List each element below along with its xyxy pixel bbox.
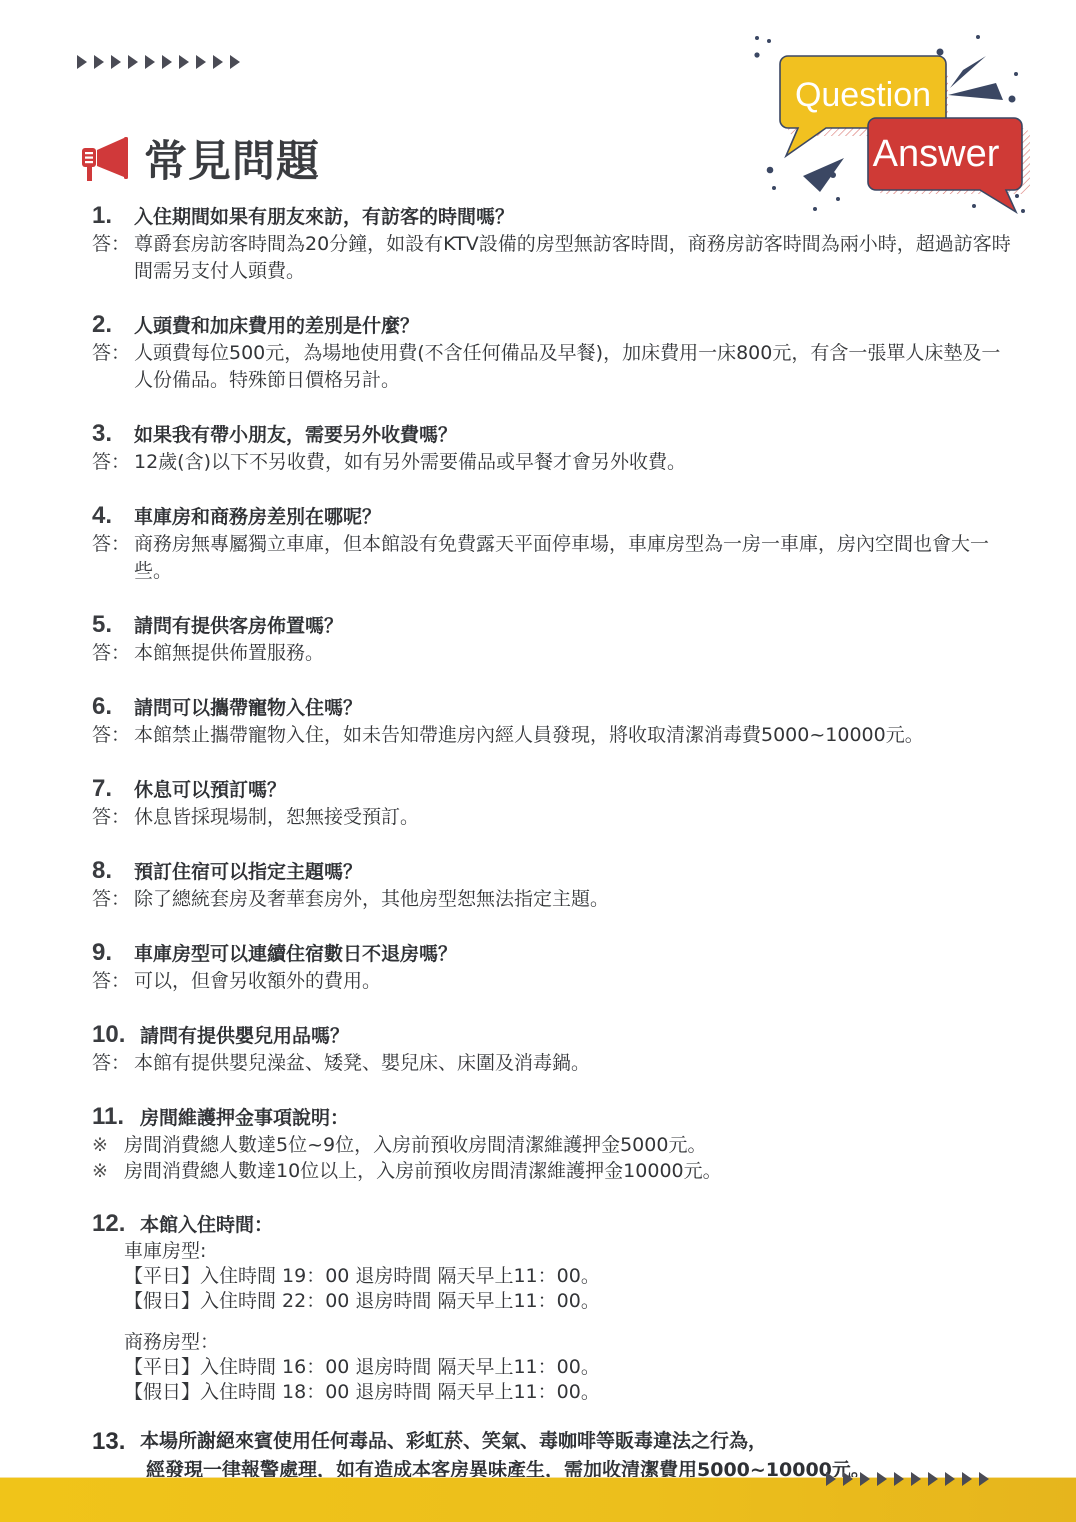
drug-policy-line-1: 本場所謝絕來賓使用任何毒品、彩虹菸、笑氣、毒咖啡等販毒違法之行為， xyxy=(140,1427,870,1456)
question-number: 9. xyxy=(92,939,134,967)
answer-label: 答： xyxy=(92,340,134,394)
checkin-schedule: 車庫房型: 【平日】入住時間 19：00 退房時間 隔天早上11：00。 【假日… xyxy=(92,1239,1012,1405)
deposit-note: 房間消費總人數達10位以上，入房前預收房間清潔維護押金10000元。 xyxy=(124,1158,722,1184)
faq-list: 1.入住期間如果有朋友來訪，有訪客的時間嗎？ 答：尊爵套房訪客時間為20分鐘，如… xyxy=(92,202,1012,1485)
arrow-icon xyxy=(979,1472,989,1486)
megaphone-icon xyxy=(80,135,130,183)
answer-text: 商務房無專屬獨立車庫，但本館設有免費露天平面停車場，車庫房型為一房一車庫，房內空… xyxy=(134,531,1012,585)
arrow-icon xyxy=(911,1472,921,1486)
faq-item-6: 6.請問可以攜帶寵物入住嗎？ 答：本館禁止攜帶寵物入住，如未告知帶進房內經人員發… xyxy=(92,693,1012,749)
question-number: 5. xyxy=(92,611,134,639)
question-number: 4. xyxy=(92,502,134,530)
faq-item-5: 5.請問有提供客房佈置嗎？ 答：本館無提供佈置服務。 xyxy=(92,611,1012,667)
answer-label: 答： xyxy=(92,886,134,913)
arrow-icon xyxy=(213,55,223,69)
answer-text: 本館禁止攜帶寵物入住，如未告知帶進房內經人員發現，將收取清潔消毒費5000~10… xyxy=(134,722,1012,749)
faq-item-3: 3.如果我有帶小朋友，需要另外收費嗎？ 答：12歲(含)以下不另收費，如有另外需… xyxy=(92,420,1012,476)
note-mark: ※ xyxy=(92,1132,124,1158)
note-mark: ※ xyxy=(92,1158,124,1184)
answer-text: 12歲(含)以下不另收費，如有另外需要備品或早餐才會另外收費。 xyxy=(134,449,1012,476)
question-text: 如果我有帶小朋友，需要另外收費嗎？ xyxy=(134,421,457,449)
page-title: 常見問題 xyxy=(144,128,320,189)
answer-label: 答： xyxy=(92,531,134,585)
question-number: 12. xyxy=(92,1210,140,1238)
decorative-arrows-top xyxy=(77,55,240,69)
answer-text: 人頭費每位500元，為場地使用費(不含任何備品及早餐)，加床費用一床800元，有… xyxy=(134,340,1012,394)
answer-label: 答： xyxy=(92,1050,134,1077)
arrow-icon xyxy=(145,55,155,69)
arrow-icon xyxy=(928,1472,938,1486)
faq-item-1: 1.入住期間如果有朋友來訪，有訪客的時間嗎？ 答：尊爵套房訪客時間為20分鐘，如… xyxy=(92,202,1012,285)
question-number: 1. xyxy=(92,202,134,230)
faq-item-10: 10.請問有提供嬰兒用品嗎？ 答：本館有提供嬰兒澡盆、矮凳、嬰兒床、床圍及消毒鍋… xyxy=(92,1021,1012,1077)
arrow-icon xyxy=(962,1472,972,1486)
question-text: 入住期間如果有朋友來訪，有訪客的時間嗎？ xyxy=(134,203,514,231)
arrow-icon xyxy=(843,1472,853,1486)
answer-text: 可以，但會另收額外的費用。 xyxy=(134,968,1012,995)
garage-weekday-time: 【平日】入住時間 19：00 退房時間 隔天早上11：00。 xyxy=(124,1264,1012,1289)
answer-text: 本館有提供嬰兒澡盆、矮凳、嬰兒床、床圍及消毒鍋。 xyxy=(134,1050,1012,1077)
question-number: 11. xyxy=(92,1103,140,1131)
question-label: Question xyxy=(795,76,931,114)
question-number: 3. xyxy=(92,420,134,448)
business-holiday-time: 【假日】入住時間 18：00 退房時間 隔天早上11：00。 xyxy=(124,1380,1012,1405)
question-number: 7. xyxy=(92,775,134,803)
decorative-arrows-bottom xyxy=(826,1472,989,1486)
faq-item-7: 7.休息可以預訂嗎？ 答：休息皆採現場制，恕無接受預訂。 xyxy=(92,775,1012,831)
faq-item-12-checkin: 12.本館入住時間： 車庫房型: 【平日】入住時間 19：00 退房時間 隔天早… xyxy=(92,1210,1012,1405)
business-weekday-time: 【平日】入住時間 16：00 退房時間 隔天早上11：00。 xyxy=(124,1355,1012,1380)
faq-item-11-deposit: 11.房間維護押金事項說明： ※房間消費總人數達5位~9位，入房前預收房間清潔維… xyxy=(92,1103,1012,1184)
garage-room-label: 車庫房型: xyxy=(124,1239,1012,1264)
arrow-icon xyxy=(162,55,172,69)
question-text: 人頭費和加床費用的差別是什麼？ xyxy=(134,312,419,340)
answer-text: 休息皆採現場制，恕無接受預訂。 xyxy=(134,804,1012,831)
question-text: 休息可以預訂嗎？ xyxy=(134,776,286,804)
arrow-icon xyxy=(196,55,206,69)
question-text: 請問有提供嬰兒用品嗎？ xyxy=(140,1022,349,1050)
arrow-icon xyxy=(94,55,104,69)
garage-holiday-time: 【假日】入住時間 22：00 退房時間 隔天早上11：00。 xyxy=(124,1289,1012,1314)
question-number: 10. xyxy=(92,1021,140,1049)
answer-label: 答： xyxy=(92,722,134,749)
question-text: 車庫房型可以連續住宿數日不退房嗎？ xyxy=(134,940,457,968)
question-text: 請問有提供客房佈置嗎？ xyxy=(134,612,343,640)
business-room-label: 商務房型： xyxy=(124,1330,1012,1355)
arrow-icon xyxy=(877,1472,887,1486)
question-number: 2. xyxy=(92,311,134,339)
answer-text: 尊爵套房訪客時間為20分鐘，如設有KTV設備的房型無訪客時間，商務房訪客時間為兩… xyxy=(134,231,1012,285)
question-number: 6. xyxy=(92,693,134,721)
page-header: 常見問題 xyxy=(80,128,320,189)
answer-label: 答： xyxy=(92,968,134,995)
question-answer-badge: Question Answer xyxy=(748,28,1038,218)
arrow-icon xyxy=(77,55,87,69)
arrow-icon xyxy=(128,55,138,69)
arrow-icon xyxy=(230,55,240,69)
question-text: 預訂住宿可以指定主題嗎？ xyxy=(134,858,362,886)
question-text: 房間維護押金事項說明： xyxy=(140,1104,349,1132)
question-number: 8. xyxy=(92,857,134,885)
arrow-icon xyxy=(860,1472,870,1486)
arrow-icon xyxy=(945,1472,955,1486)
faq-item-4: 4.車庫房和商務房差別在哪呢？ 答：商務房無專屬獨立車庫，但本館設有免費露天平面… xyxy=(92,502,1012,585)
question-text: 請問可以攜帶寵物入住嗎？ xyxy=(134,694,362,722)
answer-label: 答： xyxy=(92,231,134,285)
faq-item-9: 9.車庫房型可以連續住宿數日不退房嗎？ 答：可以，但會另收額外的費用。 xyxy=(92,939,1012,995)
question-text: 車庫房和商務房差別在哪呢？ xyxy=(134,503,381,531)
arrow-icon xyxy=(179,55,189,69)
answer-label: 答： xyxy=(92,449,134,476)
arrow-icon xyxy=(111,55,121,69)
question-text: 本館入住時間： xyxy=(140,1211,273,1239)
answer-text: 除了總統套房及奢華套房外，其他房型恕無法指定主題。 xyxy=(134,886,1012,913)
deposit-note: 房間消費總人數達5位~9位，入房前預收房間清潔維護押金5000元。 xyxy=(124,1132,706,1158)
faq-item-2: 2.人頭費和加床費用的差別是什麼？ 答：人頭費每位500元，為場地使用費(不含任… xyxy=(92,311,1012,394)
answer-label: Answer xyxy=(873,133,1000,175)
answer-label: 答： xyxy=(92,804,134,831)
faq-item-8: 8.預訂住宿可以指定主題嗎？ 答：除了總統套房及奢華套房外，其他房型恕無法指定主… xyxy=(92,857,1012,913)
answer-text: 本館無提供佈置服務。 xyxy=(134,640,1012,667)
arrow-icon xyxy=(826,1472,836,1486)
arrow-icon xyxy=(894,1472,904,1486)
answer-label: 答： xyxy=(92,640,134,667)
